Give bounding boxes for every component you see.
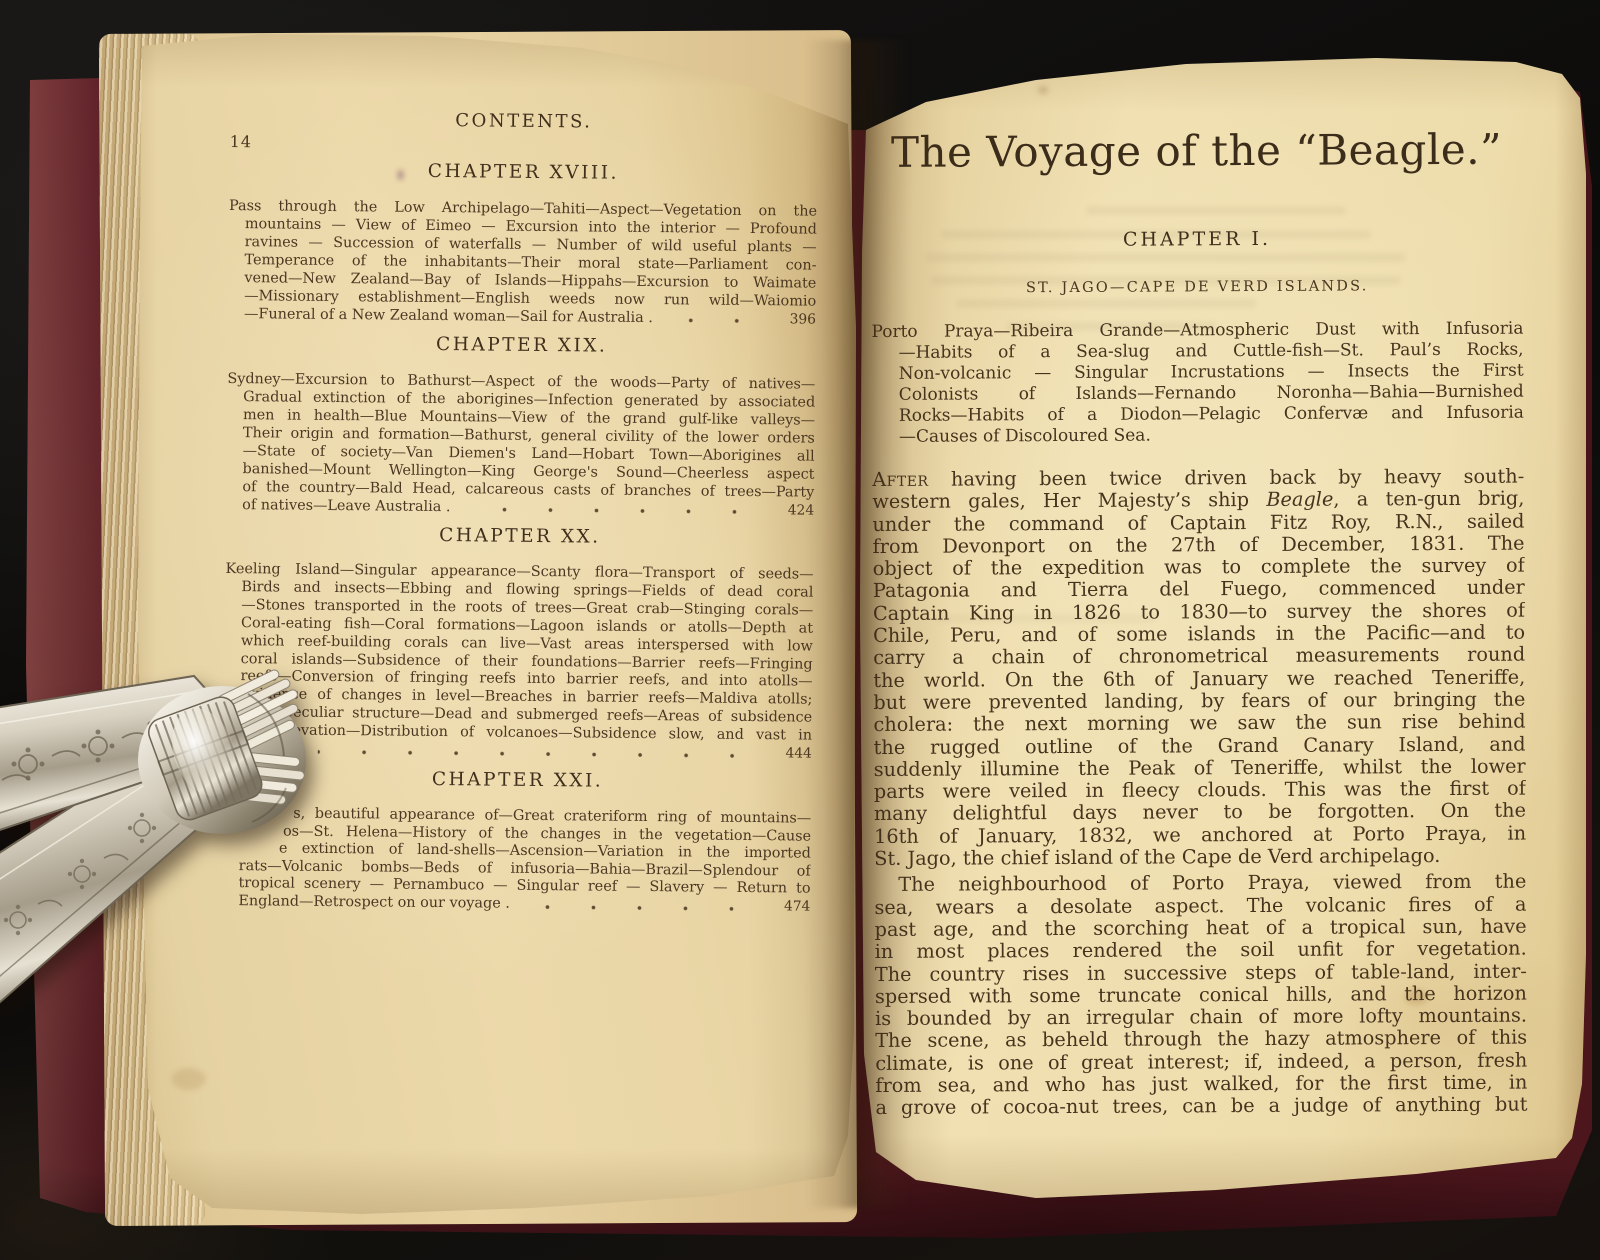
chapter-subtitle: ST. JAGO—CAPE DE VERD ISLANDS. [871, 278, 1523, 297]
body-line: a grove of cocoa-nut trees, can be a jud… [875, 1094, 1527, 1120]
chapter-heading: CHAPTER XVIII. [229, 159, 817, 186]
contents-section-xix: Sydney—Excursion to Bathurst—Aspect of t… [226, 370, 815, 520]
page-reference: 474 [784, 898, 811, 916]
dot-leader [318, 747, 775, 760]
body-paragraph-2: The neighbourhood of Porto Praya, viewed… [874, 871, 1527, 1120]
dot-leader [667, 315, 780, 325]
dot-leader [524, 901, 774, 912]
body-paragraph-1: After having been twice driven back by h… [872, 466, 1526, 871]
contents-line: of natives—Leave Australia . [242, 496, 450, 516]
contents-line: —Funeral of a New Zealand woman—Sail for… [244, 305, 653, 327]
right-page-text: The Voyage of the “Beagle.” CHAPTER I. S… [870, 51, 1528, 1120]
ship-name: Beagle [1266, 488, 1333, 511]
chapter-heading: CHAPTER XX. [226, 523, 814, 550]
contents-section-xviii: Pass through the Low Archipelago—Tahiti—… [228, 197, 817, 329]
synopsis-line: Rocks—Habits of a Diodon—Pelagic Conferv… [872, 403, 1524, 427]
book-title: The Voyage of the “Beagle.” [870, 125, 1522, 177]
body-line: St. Jago, the chief island of the Cape d… [874, 845, 1526, 871]
chapter-synopsis: Porto Praya—Ribeira Grande—Atmospheric D… [871, 319, 1524, 448]
body-line-text: western gales, Her Majesty’s ship [872, 488, 1266, 513]
page-reference: 396 [790, 310, 817, 328]
body-line-text: , a ten-gun brig, [1333, 488, 1524, 511]
body-line-text: having been twice driven back by heavy s… [928, 466, 1524, 491]
chapter-heading: CHAPTER XIX. [228, 332, 816, 359]
page-reference: 424 [788, 501, 815, 519]
opening-word: After [872, 468, 928, 491]
page-reference: 444 [785, 745, 812, 763]
synopsis-line: —Causes of Discoloured Sea. [872, 424, 1524, 448]
foxing-spot [172, 1068, 206, 1090]
page-number: 14 [230, 132, 253, 151]
left-page: 14 CONTENTS. CHAPTER XVIII. Pass through… [112, 28, 860, 1220]
dot-leader [464, 504, 777, 516]
photo-scene: 14 CONTENTS. CHAPTER XVIII. Pass through… [0, 0, 1600, 1260]
running-head: CONTENTS. [230, 108, 818, 135]
bookmark-clip [0, 652, 339, 1037]
right-page: The Voyage of the “Beagle.” CHAPTER I. S… [856, 54, 1592, 1204]
chapter-heading: CHAPTER I. [871, 227, 1523, 252]
